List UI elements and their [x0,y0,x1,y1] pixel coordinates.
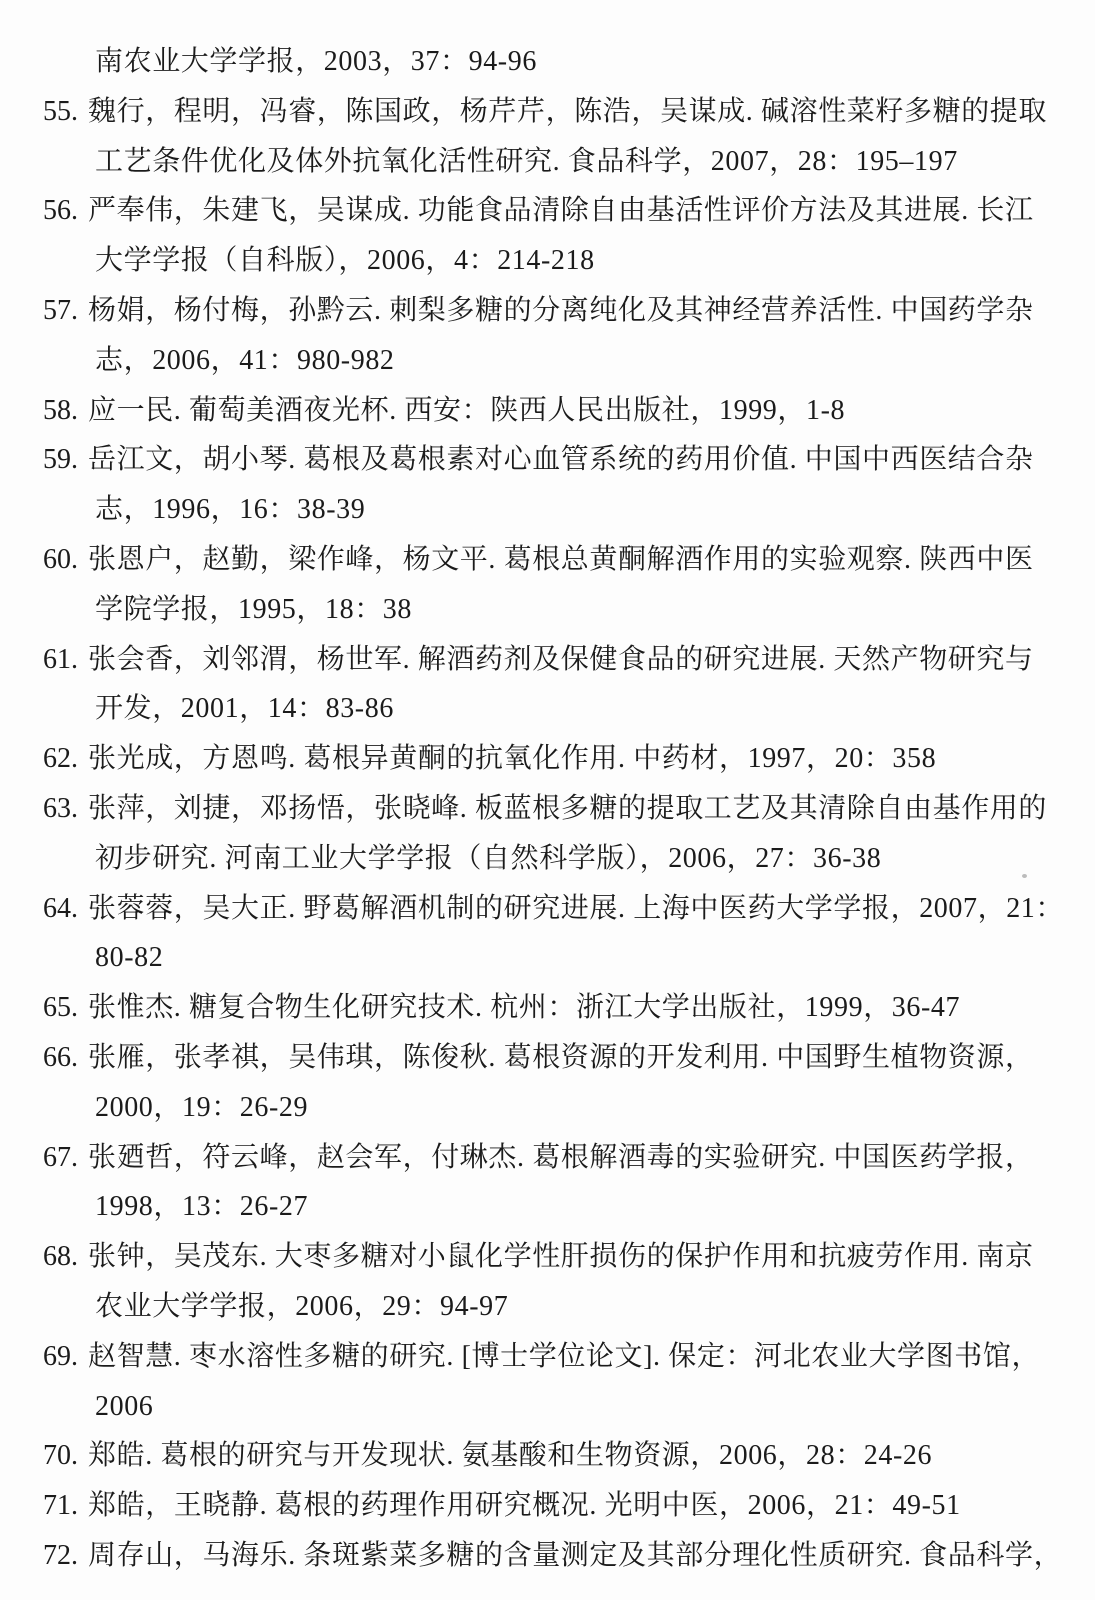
reference-continuation-line: 80-82 [0,933,1095,983]
reference-entry-line: 71.郑皓，王晓静. 葛根的药理作用研究概况. 光明中医，2006，21：49-… [0,1481,1095,1531]
reference-continuation-line: 开发，2001，14：83-86 [0,684,1095,734]
reference-text: 张雁，张孝祺，吴伟琪，陈俊秋. 葛根资源的开发利用. 中国野生植物资源， [88,1042,1034,1073]
reference-number: 72. [43,1531,78,1581]
reference-continuation-line: 南农业大学学报，2003，37：94-96 [0,37,1095,87]
reference-text: 张钟，吴茂东. 大枣多糖对小鼠化学性肝损伤的保护作用和抗疲劳作用. 南京 [88,1241,1034,1272]
reference-number: 64. [43,884,78,934]
reference-number: 60. [43,535,78,585]
reference-number: 62. [43,734,78,784]
reference-continuation-line: 初步研究. 河南工业大学学报（自然科学版），2006，27：36-38 [0,834,1095,884]
reference-number: 59. [43,435,78,485]
reference-number: 58. [43,386,78,436]
reference-continuation-line: 2000，19：26-29 [0,1083,1095,1133]
reference-text: 2000，19：26-29 [95,1092,308,1123]
reference-number: 61. [43,635,78,685]
reference-number: 67. [43,1133,78,1183]
reference-entry-line: 68.张钟，吴茂东. 大枣多糖对小鼠化学性肝损伤的保护作用和抗疲劳作用. 南京 [0,1232,1095,1282]
reference-text: 2006 [95,1391,153,1422]
reference-text: 张蓉蓉，吴大正. 野葛解酒机制的研究进展. 上海中医药大学学报，2007，21： [88,893,1064,924]
reference-text: 郑皓，王晓静. 葛根的药理作用研究概况. 光明中医，2006，21：49-51 [88,1490,961,1521]
reference-text: 张萍，刘捷，邓扬悟，张晓峰. 板蓝根多糖的提取工艺及其清除自由基作用的 [88,793,1047,824]
reference-text: 志，2006，41：980-982 [95,345,395,376]
reference-text: 南农业大学学报，2003，37：94-96 [95,46,537,77]
reference-text: 1998，13：26-27 [95,1191,308,1222]
reference-text: 周存山，马海乐. 条斑紫菜多糖的含量测定及其部分理化性质研究. 食品科学， [88,1540,1062,1571]
reference-text: 岳江文，胡小琴. 葛根及葛根素对心血管系统的药用价值. 中国中西医结合杂 [88,444,1034,475]
reference-text: 工艺条件优化及体外抗氧化活性研究. 食品科学，2007，28：195–197 [95,146,958,177]
reference-entry-line: 64.张蓉蓉，吴大正. 野葛解酒机制的研究进展. 上海中医药大学学报，2007，… [0,884,1095,934]
reference-text: 张光成，方恩鸣. 葛根异黄酮的抗氧化作用. 中药材，1997，20：358 [88,743,936,774]
document-page: 南农业大学学报，2003，37：94-9655.魏行，程明，冯睿，陈国政，杨芹芹… [0,0,1095,1600]
reference-number: 69. [43,1332,78,1382]
reference-entry-line: 62.张光成，方恩鸣. 葛根异黄酮的抗氧化作用. 中药材，1997，20：358 [0,734,1095,784]
reference-text: 农业大学学报，2006，29：94-97 [95,1291,508,1322]
reference-entry-line: 56.严奉伟，朱建飞，吴谋成. 功能食品清除自由基活性评价方法及其进展. 长江 [0,186,1095,236]
reference-text: 张廼哲，符云峰，赵会军，付琳杰. 葛根解酒毒的实验研究. 中国医药学报， [88,1142,1034,1173]
reference-continuation-line: 工艺条件优化及体外抗氧化活性研究. 食品科学，2007，28：195–197 [0,137,1095,187]
reference-text: 大学学报（自科版），2006，4：214-218 [95,245,595,276]
reference-number: 63. [43,784,78,834]
scan-speck [1022,874,1027,878]
reference-entry-line: 65.张惟杰. 糖复合物生化研究技术. 杭州：浙江大学出版社，1999，36-4… [0,983,1095,1033]
reference-continuation-line: 农业大学学报，2006，29：94-97 [0,1282,1095,1332]
reference-entry-line: 55.魏行，程明，冯睿，陈国政，杨芹芹，陈浩，吴谋成. 碱溶性菜籽多糖的提取 [0,87,1095,137]
reference-text: 80-82 [95,942,163,973]
reference-entry-line: 70.郑皓. 葛根的研究与开发现状. 氨基酸和生物资源，2006，28：24-2… [0,1431,1095,1481]
reference-number: 55. [43,87,78,137]
reference-entry-line: 72.周存山，马海乐. 条斑紫菜多糖的含量测定及其部分理化性质研究. 食品科学， [0,1531,1095,1581]
reference-text: 志，1996，16：38-39 [95,494,365,525]
reference-number: 71. [43,1481,78,1531]
reference-text: 张会香，刘邻渭，杨世军. 解酒药剂及保健食品的研究进展. 天然产物研究与 [88,644,1034,675]
reference-text: 张恩户，赵勤，梁作峰，杨文平. 葛根总黄酮解酒作用的实验观察. 陕西中医 [88,544,1034,575]
reference-entry-line: 58.应一民. 葡萄美酒夜光杯. 西安：陕西人民出版社，1999，1-8 [0,386,1095,436]
scan-speck [498,866,502,869]
reference-entry-line: 69.赵智慧. 枣水溶性多糖的研究. [博士学位论文]. 保定：河北农业大学图书… [0,1332,1095,1382]
reference-entry-line: 59.岳江文，胡小琴. 葛根及葛根素对心血管系统的药用价值. 中国中西医结合杂 [0,435,1095,485]
reference-text: 赵智慧. 枣水溶性多糖的研究. [博士学位论文]. 保定：河北农业大学图书馆， [88,1341,1040,1372]
reference-continuation-line: 2006 [0,1382,1095,1432]
reference-continuation-line: 大学学报（自科版），2006，4：214-218 [0,236,1095,286]
reference-continuation-line: 学院学报，1995，18：38 [0,585,1095,635]
reference-continuation-line: 1998，13：26-27 [0,1182,1095,1232]
reference-entry-line: 66.张雁，张孝祺，吴伟琪，陈俊秋. 葛根资源的开发利用. 中国野生植物资源， [0,1033,1095,1083]
reference-number: 65. [43,983,78,1033]
reference-text: 郑皓. 葛根的研究与开发现状. 氨基酸和生物资源，2006，28：24-26 [88,1440,932,1471]
reference-text: 应一民. 葡萄美酒夜光杯. 西安：陕西人民出版社，1999，1-8 [88,395,845,426]
reference-number: 56. [43,186,78,236]
reference-text: 张惟杰. 糖复合物生化研究技术. 杭州：浙江大学出版社，1999，36-47 [88,992,960,1023]
reference-entry-line: 63.张萍，刘捷，邓扬悟，张晓峰. 板蓝根多糖的提取工艺及其清除自由基作用的 [0,784,1095,834]
reference-number: 70. [43,1431,78,1481]
reference-continuation-line: 志，2006，41：980-982 [0,336,1095,386]
reference-number: 66. [43,1033,78,1083]
reference-entry-line: 61.张会香，刘邻渭，杨世军. 解酒药剂及保健食品的研究进展. 天然产物研究与 [0,635,1095,685]
reference-text: 开发，2001，14：83-86 [95,693,394,724]
reference-entry-line: 67.张廼哲，符云峰，赵会军，付琳杰. 葛根解酒毒的实验研究. 中国医药学报， [0,1133,1095,1183]
reference-text: 魏行，程明，冯睿，陈国政，杨芹芹，陈浩，吴谋成. 碱溶性菜籽多糖的提取 [88,96,1047,127]
reference-text: 严奉伟，朱建飞，吴谋成. 功能食品清除自由基活性评价方法及其进展. 长江 [88,195,1034,226]
reference-list: 南农业大学学报，2003，37：94-9655.魏行，程明，冯睿，陈国政，杨芹芹… [0,37,1095,1581]
reference-entry-line: 60.张恩户，赵勤，梁作峰，杨文平. 葛根总黄酮解酒作用的实验观察. 陕西中医 [0,535,1095,585]
reference-continuation-line: 志，1996，16：38-39 [0,485,1095,535]
reference-text: 杨娟，杨付梅，孙黔云. 刺梨多糖的分离纯化及其神经营养活性. 中国药学杂 [88,295,1034,326]
reference-number: 57. [43,286,78,336]
reference-text: 初步研究. 河南工业大学学报（自然科学版），2006，27：36-38 [95,843,881,874]
reference-text: 学院学报，1995，18：38 [95,594,412,625]
reference-entry-line: 57.杨娟，杨付梅，孙黔云. 刺梨多糖的分离纯化及其神经营养活性. 中国药学杂 [0,286,1095,336]
reference-number: 68. [43,1232,78,1282]
